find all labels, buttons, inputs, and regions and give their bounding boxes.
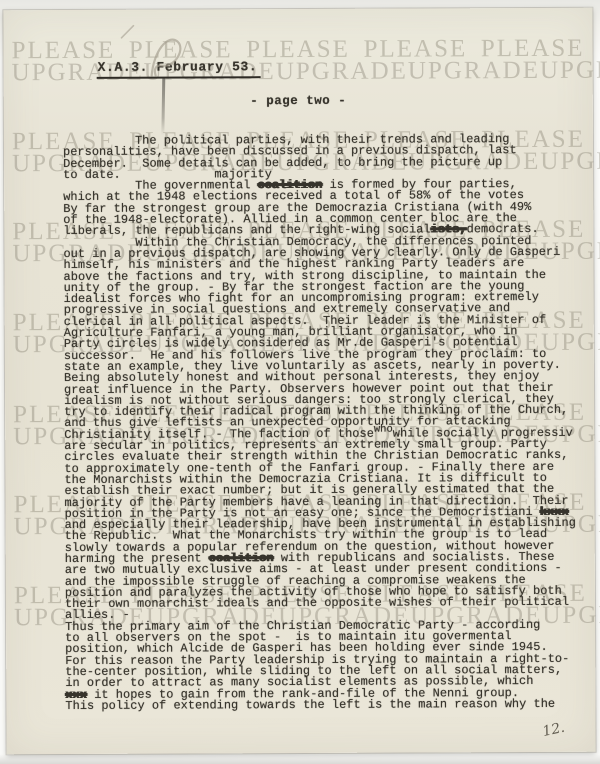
watermark-word: PLEASE	[246, 37, 350, 62]
watermark-word: UPGRADE	[408, 58, 540, 84]
page-number-label: - page two -	[4, 93, 593, 110]
scan-edge-shadow	[0, 754, 600, 764]
handwritten-page-number: 12.	[541, 720, 566, 740]
text-line: their own monarchist ideals and the oppo…	[65, 597, 587, 611]
document-body: The political parties, with their trends…	[63, 134, 588, 712]
text-segment: This policy of extending towards the lef…	[65, 697, 555, 713]
watermark-word: UPGRADE	[276, 59, 408, 85]
watermark-word: UPGRADE	[540, 57, 600, 83]
interline-insertion: who	[374, 423, 393, 435]
paper-page: PLEASEPLEASEPLEASEPLEASEPLEASEUPGRADEUPG…	[3, 8, 595, 755]
watermark-row: UPGRADEUPGRADEUPGRADEUPGRADEUPGRADE	[4, 58, 593, 86]
text-line: This policy of extending towards the lef…	[65, 699, 587, 713]
pencil-mark	[103, 17, 203, 87]
watermark-row: PLEASEPLEASEPLEASEPLEASEPLEASE	[4, 36, 593, 64]
watermark-word: PLEASE	[363, 36, 467, 61]
fold-crease-mark	[161, 78, 165, 136]
text-segment: their own monarchist ideals and the oppo…	[65, 595, 569, 611]
watermark-word: PLEASE	[481, 36, 585, 61]
scanned-document-screenshot: { "page": { "header_ref": "X.A.3. Februa…	[0, 0, 600, 764]
